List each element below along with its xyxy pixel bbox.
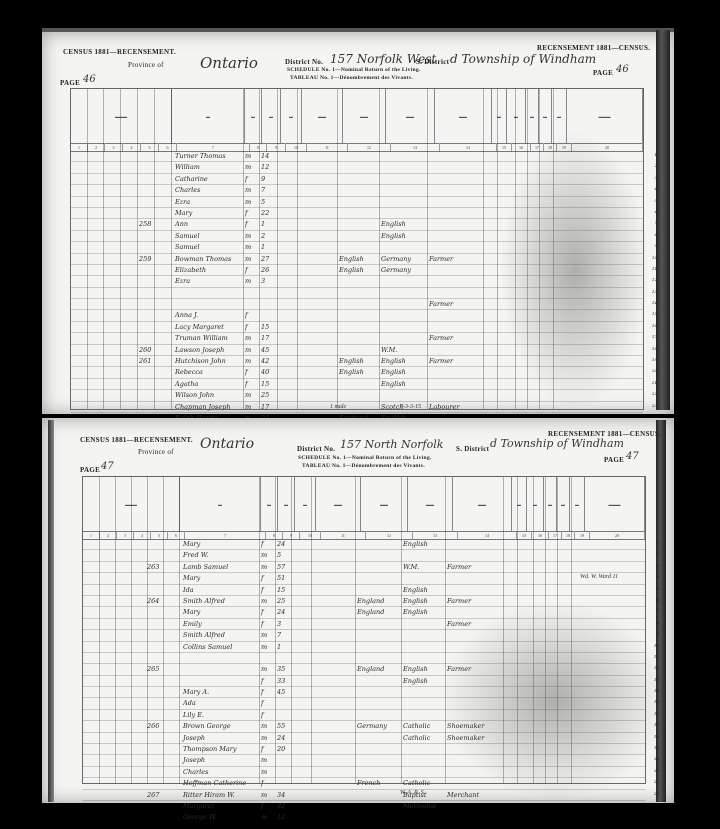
cell-age: 40 [261,368,269,376]
table-row: Adaf15 [83,698,645,709]
page-number-right: 47 [626,451,639,462]
line-number: 16 [652,323,657,328]
cell-religion: English [381,368,406,376]
table-row: Thompson Maryf2019 [83,744,645,755]
line-number: 23 [652,403,657,408]
cell-dwelling: 259 [139,255,151,263]
header-born: ▬ [281,89,302,143]
cell-name: Ritter Hiram W. [183,791,235,799]
cell-sex: f [261,586,263,594]
table-row: Charlesm74 [71,185,643,196]
table-row: Samuelm2English8 [71,231,643,242]
cell-age: 32 [277,802,285,810]
cell-age: 24 [277,540,285,548]
cell-name: Mary A. [183,688,209,696]
line-number: 18 [652,346,657,351]
cell-sex: m [245,334,251,342]
cell-sex: f [245,209,247,217]
cell-name: Fred W. [183,551,208,559]
cell-name: Margaret [183,802,214,810]
header-born: ▬ [295,477,316,531]
line-number: 4 [654,186,657,191]
table-row: Wilson Johnm2522 [71,390,643,401]
table-row: Collins Samuelm110 [83,642,645,653]
cell-name: Lawson Joseph [175,346,224,354]
page-binding-edge [48,420,54,802]
cell-name: Truman William [175,334,228,342]
census-title-right: RECENSEMENT 1881—CENSUS. [548,430,661,438]
cell-name: Brown George [183,722,231,730]
cell-name: Chapman Joseph [175,403,231,411]
cell-name: Rebecca [175,368,203,376]
line-number: 3 [654,175,657,180]
table-row: Farmer14 [71,299,643,310]
cell-age: 45 [261,346,269,354]
line-number: 15 [652,311,657,316]
table-row: Hoffman CatherinefFrenchCatholic22 [83,778,645,789]
cell-name: Ada [183,699,196,707]
cell-sex: m [245,391,251,399]
cell-age: 26 [261,266,269,274]
cell-name: Ezra [175,198,190,206]
cell-sex: m [261,791,267,799]
table-row: Mary A.f4514 [83,687,645,698]
cell-origin: England [357,665,384,673]
cell-name: Lacy Margaret [175,323,224,331]
line-number: 8 [656,620,659,625]
table-row: Emilyf3Farmer8 [83,619,645,630]
column-headers: ▬▬▬ ▬ ▬ ▬ ▬ ▬▬ ▬▬ ▬▬ ▬▬ ▬ ▬ ▬ ▬ ▬ ▬▬▬ [71,89,643,144]
cell-religion: Catholic [403,779,430,787]
cell-religion: Germany [381,266,411,274]
cell-name: Turner Thomas [175,152,226,160]
cell-sex: m [261,665,267,673]
cell-age: 25 [261,391,269,399]
province-label: Province of [138,448,174,456]
cell-occupation: Labourer [429,403,460,411]
table-row: Turner Thomasm141 [71,151,643,162]
table-row: 259Bowman Thomasm27EnglishGermanyFarmer1… [71,254,643,265]
cell-origin: English [339,255,364,263]
cell-name: Mary [183,540,200,548]
cell-origin: French [357,779,380,787]
table-row: 264Smith Alfredm25EnglandEnglishFarmer6 [83,596,645,607]
province-value: Ontario [200,436,254,452]
cell-occupation: Farmer [447,597,471,605]
cell-sex: m [261,768,267,776]
line-number: 15 [654,699,659,704]
cell-age: 12 [261,163,269,171]
line-number: 10 [654,643,659,648]
line-number: 7 [654,220,657,225]
header-age: ▬ [278,477,295,531]
line-number: 14 [654,688,659,693]
line-number: 7 [656,608,659,613]
cell-age: 3 [261,277,265,285]
cell-age: 55 [277,722,285,730]
cell-religion: English [403,608,428,616]
cell-age: 27 [261,255,269,263]
table-row: Smith Alfredm79 [83,630,645,641]
cell-religion: English [403,586,428,594]
district-label: District No. [285,58,323,66]
cell-occupation: Farmer [447,563,471,571]
cell-name: Charles [183,768,208,776]
table-row: Idaf15English5 [83,585,645,596]
footer-note: W. A. R. S. [400,790,425,796]
subdistrict-label: S. District [416,58,449,66]
table-row: Josephm24CatholicShoemaker18 [83,733,645,744]
cell-name: William [175,163,200,171]
cell-religion: English [381,220,406,228]
cell-age: 22 [261,209,269,217]
cell-dwelling: 261 [139,357,151,365]
cell-sex: m [245,198,251,206]
header-origin: ▬▬ [408,477,453,531]
line-number: 2 [654,163,657,168]
cell-occupation: Farmer [447,620,471,628]
table-row: Charlesm21 [83,767,645,778]
cell-name: Mary [175,209,192,217]
cell-age: 9 [261,175,265,183]
table-row: Anna J.f15 [71,310,643,321]
cell-sex: m [245,243,251,251]
cell-age: 17 [261,403,269,411]
cell-sex: m [245,163,251,171]
table-row: 260Lawson Josephm45W.M.18 [71,345,643,356]
line-number: 4 [656,574,659,579]
cell-name: Lily E. [183,711,204,719]
cell-name: Ann [175,220,188,228]
cell-occupation: Farmer [429,300,453,308]
cell-sex: m [261,643,267,651]
table-row: Maryf514 [83,573,645,584]
subdistrict-label: S. District [456,445,489,453]
table-row: Agathaf15English21 [71,379,643,390]
cell-name: Collins Samuel [183,643,232,651]
header-blind: ▬ [552,89,567,143]
line-number: 17 [654,722,659,727]
cell-origin: Germany [357,722,387,730]
table-row: Fred W.m52 [83,550,645,561]
line-number: 21 [654,768,659,773]
cell-name: Emily [183,620,202,628]
cell-age: 17 [261,334,269,342]
line-number: 2 [656,551,659,556]
cell-age: 1 [261,243,265,251]
table-row: Elizabethf26EnglishGermany11 [71,265,643,276]
table-row: 266Brown Georgem55GermanyCatholicShoemak… [83,721,645,732]
header-remarks: ▬▬▬ [567,89,643,143]
table-row: Margaretf32Methodist24 [83,801,645,812]
line-number: 18 [654,734,659,739]
province-label: Province of [128,61,164,69]
header-deaf: ▬ [557,477,570,531]
cell-age: 57 [277,563,285,571]
cell-dwelling: 258 [139,220,151,228]
cell-age: 42 [261,357,269,365]
cell-sex: m [261,563,267,571]
cell-age: 7 [277,631,281,639]
cell-age: 45 [277,688,285,696]
cell-religion: English [403,540,428,548]
cell-name: Smith Alfred [183,631,225,639]
line-number: 21 [652,380,657,385]
line-number: 6 [654,209,657,214]
cell-age: 5 [277,551,281,559]
cell-occupation: Shoemaker [447,734,484,742]
cell-religion: English [381,357,406,365]
cell-religion: Catholic [403,722,430,730]
cell-name: Joseph [183,756,205,764]
cell-religion: English [403,677,428,685]
cell-sex: f [261,677,263,685]
line-number: 17 [652,334,657,339]
cell-name: Bowman Thomas [175,255,231,263]
cell-sex: m [261,722,267,730]
line-number: 1 [654,152,657,157]
cell-religion: Catholic [403,734,430,742]
header-widowed: ▬ [507,89,526,143]
cell-age: 12 [277,813,285,821]
cell-age: 3 [277,620,281,628]
census-title-right: RECENSEMENT 1881—CENSUS. [537,44,650,52]
cell-age: 24 [277,734,285,742]
cell-sex: m [245,403,251,411]
census-table-top: ▬▬▬ ▬ ▬ ▬ ▬ ▬▬ ▬▬ ▬▬ ▬▬ ▬ ▬ ▬ ▬ ▬ ▬▬▬ 1 … [70,88,644,410]
cell-sex: f [261,620,263,628]
line-number: 11 [654,654,659,659]
cell-sex: m [245,186,251,194]
line-number: 6 [656,597,659,602]
table-row: 265m35EnglandEnglishFarmer12 [83,664,645,675]
header-deaf: ▬ [539,89,552,143]
census-title-left: CENSUS 1881—RECENSEMENT. [80,436,193,444]
cell-age: 33 [277,677,285,685]
page-label-right: PAGE [593,69,613,77]
line-number: 11 [652,266,657,271]
line-number: 13 [654,677,659,682]
table-row: 11 [83,653,645,664]
cell-sex: f [261,745,263,753]
cell-sex: f [261,540,263,548]
cell-sex: m [245,255,251,263]
cell-name: Ezra [175,277,190,285]
cell-age: 1 [261,220,265,228]
cell-dwelling: 266 [147,722,159,730]
cell-age: 2 [261,232,265,240]
cell-sex: f [245,323,247,331]
cell-sex: f [245,380,247,388]
table-row: 263Lamb Samuelm57W.M.Farmer3 [83,562,645,573]
cell-dwelling: 267 [147,791,159,799]
page-binding-edge [656,30,670,410]
cell-age: 25 [277,597,285,605]
cell-name: Lamb Samuel [183,563,228,571]
cell-sex: f [261,608,263,616]
cell-dwelling: 264 [147,597,159,605]
cell-name: Samuel [175,232,200,240]
cell-origin: England [357,608,384,616]
cell-sex: m [245,152,251,160]
line-number: 19 [652,357,657,362]
cell-name: Elizabeth [175,266,206,274]
table-row: George W.m1225 [83,812,645,823]
cell-name: Joseph [183,734,205,742]
cell-age: 15 [277,586,285,594]
line-number: 5 [654,198,657,203]
line-number: 20 [652,368,657,373]
cell-occupation: Farmer [447,665,471,673]
cell-name: Anna J. [175,311,198,319]
cell-age: 51 [277,574,285,582]
cell-sex: m [261,813,267,821]
cell-age: 7 [261,186,265,194]
table-row: Maryf24English1 [83,539,645,550]
cell-sex: m [261,631,267,639]
table-row: 267Ritter Hiram W.m34BaptistMerchant23 [83,790,645,801]
province-value: Ontario [200,54,258,72]
cell-name: Mary [183,608,200,616]
line-number: 22 [652,391,657,396]
cell-dwelling: 263 [147,563,159,571]
cell-age: 5 [261,198,265,206]
line-number: 14 [652,300,657,305]
table-row: Chapman Josephm17ScotchLabourer23 [71,402,643,413]
cell-sex: m [261,734,267,742]
column-headers: ▬▬▬ ▬ ▬ ▬ ▬ ▬▬ ▬▬ ▬▬ ▬▬ ▬ ▬ ▬ ▬ ▬ ▬▬▬ [83,477,645,532]
cell-sex: m [261,756,267,764]
schedule-title-en: SCHEDULE No. 1—Nominal Return of the Liv… [298,455,432,461]
line-number: 10 [652,255,657,260]
cell-name: Hutchison John [175,357,226,365]
cell-sex: f [261,574,263,582]
header-age: ▬ [262,89,281,143]
page-number-left: 46 [83,74,96,85]
cell-religion: W.M. [381,346,397,354]
line-number: 25 [654,813,659,818]
header-name: ▬ [172,89,245,143]
cell-sex: m [261,597,267,605]
page-label-left: PAGE [80,466,100,474]
cell-age: 35 [277,665,285,673]
footer-note: 1 male [330,404,346,410]
cell-religion: English [403,665,428,673]
header-blind: ▬ [570,477,585,531]
cell-dwelling: 265 [147,665,159,673]
footer-tally: 7-3-3-15 [400,404,421,410]
cell-religion: English [381,380,406,388]
cell-dwelling: 260 [139,346,151,354]
table-row: Josephm20 [83,755,645,766]
subdistrict-value: d Township of Windham [450,52,596,66]
page-number-right: 46 [616,64,629,75]
cell-age: 14 [261,152,269,160]
cell-occupation: Farmer [429,255,453,263]
header-name: ▬ [180,477,261,531]
cell-age: 1 [277,643,281,651]
cell-occupation: Farmer [429,334,453,342]
table-row: Ezram312 [71,276,643,287]
district-label: District No. [297,445,335,453]
header-married: ▬ [492,89,507,143]
table-row: Lily E.f16 [83,710,645,721]
cell-name: Samuel [175,243,200,251]
cell-age: 15 [261,380,269,388]
cell-name: Smith Alfred [183,597,225,605]
cell-sex: m [245,346,251,354]
census-table-bottom: ▬▬▬ ▬ ▬ ▬ ▬ ▬▬ ▬▬ ▬▬ ▬▬ ▬ ▬ ▬ ▬ ▬ ▬▬▬ 1 … [82,476,646,784]
cell-sex: m [261,551,267,559]
line-number: 9 [656,631,659,636]
line-number: 12 [652,277,657,282]
table-row: f33English13 [83,676,645,687]
cell-sex: m [245,357,251,365]
cell-occupation: Farmer [429,357,453,365]
cell-name: Hoffman Catherine [183,779,246,787]
cell-religion: W.M. [403,563,419,571]
cell-name: Ida [183,586,194,594]
line-number: 3 [656,563,659,568]
cell-age: 15 [261,323,269,331]
cell-sex: m [245,277,251,285]
cell-sex: f [245,368,247,376]
cell-age: 20 [277,745,285,753]
line-number: 24 [654,802,659,807]
cell-sex: f [261,699,263,707]
page-label-right: PAGE [604,456,624,464]
cell-sex: f [245,175,247,183]
line-number: 8 [654,232,657,237]
header-married: ▬ [512,477,527,531]
header-remarks: ▬▬▬ [585,477,645,531]
line-number: 5 [656,586,659,591]
cell-name: Thompson Mary [183,745,237,753]
district-value: 157 North Norfolk [340,438,443,451]
schedule-title-en: SCHEDULE No. 1—Nominal Return of the Liv… [287,67,421,73]
page-number-left: 47 [101,461,114,472]
margin-note: Wd. W. Ward 11 [580,574,618,580]
cell-origin: England [357,597,384,605]
cell-religion: Methodist [403,802,436,810]
cell-sex: m [245,232,251,240]
table-row: Maryf24EnglandEnglish7 [83,607,645,618]
cell-sex: f [261,711,263,719]
table-row: Catharinef93 [71,174,643,185]
line-number: 23 [654,791,659,796]
cell-age: 34 [277,791,285,799]
cell-sex: f [245,266,247,274]
cell-sex: f [245,311,247,319]
cell-origin: English [339,368,364,376]
header-widowed: ▬ [527,477,544,531]
schedule-title-fr: TABLEAU No. 1—Dénombrement des Vivants. [290,75,413,81]
line-number: 9 [654,243,657,248]
line-number: 19 [654,745,659,750]
table-row: Ezram55 [71,197,643,208]
cell-sex: f [261,779,263,787]
table-rows: Maryf24English1Fred W.m52263Lamb Samuelm… [83,539,645,783]
cell-religion: English [381,232,406,240]
line-number: 22 [654,779,659,784]
cell-origin: English [339,266,364,274]
cell-name: Catharine [175,175,208,183]
cell-sex: f [245,220,247,228]
cell-religion: Germany [381,255,411,263]
cell-occupation: Merchant [447,791,479,799]
table-row: 258Annf1English7 [71,219,643,230]
cell-sex: f [261,688,263,696]
